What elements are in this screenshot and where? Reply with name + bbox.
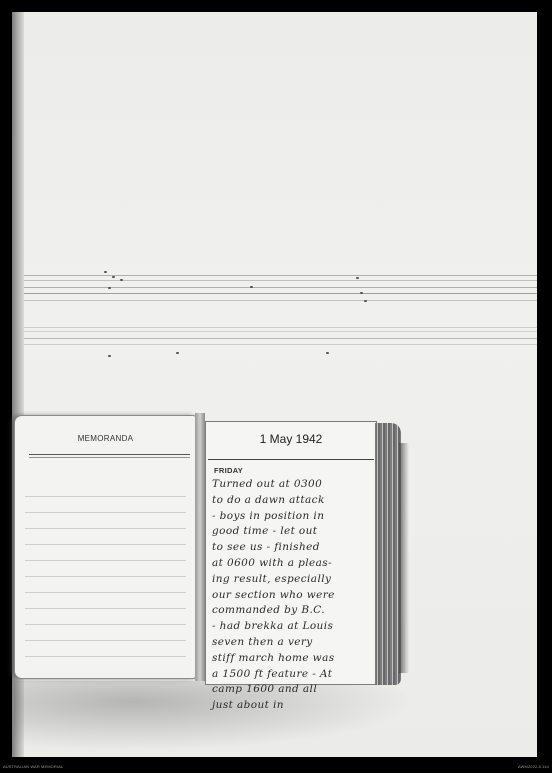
footer-accession-number: AWM2022.8.144 [518,764,549,769]
handwritten-line: a 1500 ft feature - At [212,667,374,683]
handwritten-line: ing result, especially [212,572,374,588]
day-of-week: FRIDAY [214,466,243,475]
heading-rule [29,457,190,458]
date-rule [208,459,374,460]
notebook-spine [195,413,205,681]
handwritten-line: just about in [212,698,374,714]
handwritten-line: camp 1600 and all [212,682,374,698]
handwritten-line: - had brekka at Louis [212,619,374,635]
footer: AUSTRALIAN WAR MEMORIAL AWM2022.8.144 [0,764,552,773]
faint-ruled-lines [24,267,537,367]
diary-entry-page: 1 May 1942 FRIDAY Turned out at 0300 to … [205,421,377,685]
handwritten-line: to do a dawn attack [212,493,374,509]
handwritten-line: at 0600 with a pleas- [212,556,374,572]
handwritten-entry: Turned out at 0300 to do a dawn attack -… [212,477,374,714]
heading-rule [29,454,190,455]
handwritten-line: good time - let out [212,524,374,540]
handwritten-line: commanded by B.C. [212,603,374,619]
notebook-page-edges [375,423,401,685]
diary-notebook: MEMORANDA 1 May 1942 FRIDAY Turned out a… [14,413,394,698]
handwritten-line: seven then a very [212,635,374,651]
handwritten-line: - boys in position in [212,509,374,525]
memoranda-heading: MEMORANDA [15,434,196,443]
handwritten-line: to see us - finished [212,540,374,556]
handwritten-line: stiff march home was [212,651,374,667]
handwritten-line: our section who were [212,588,374,604]
entry-date: 1 May 1942 [206,432,376,446]
handwritten-line: Turned out at 0300 [212,477,374,493]
footer-credit: AUSTRALIAN WAR MEMORIAL [3,764,63,769]
memoranda-page: MEMORANDA [14,415,197,679]
